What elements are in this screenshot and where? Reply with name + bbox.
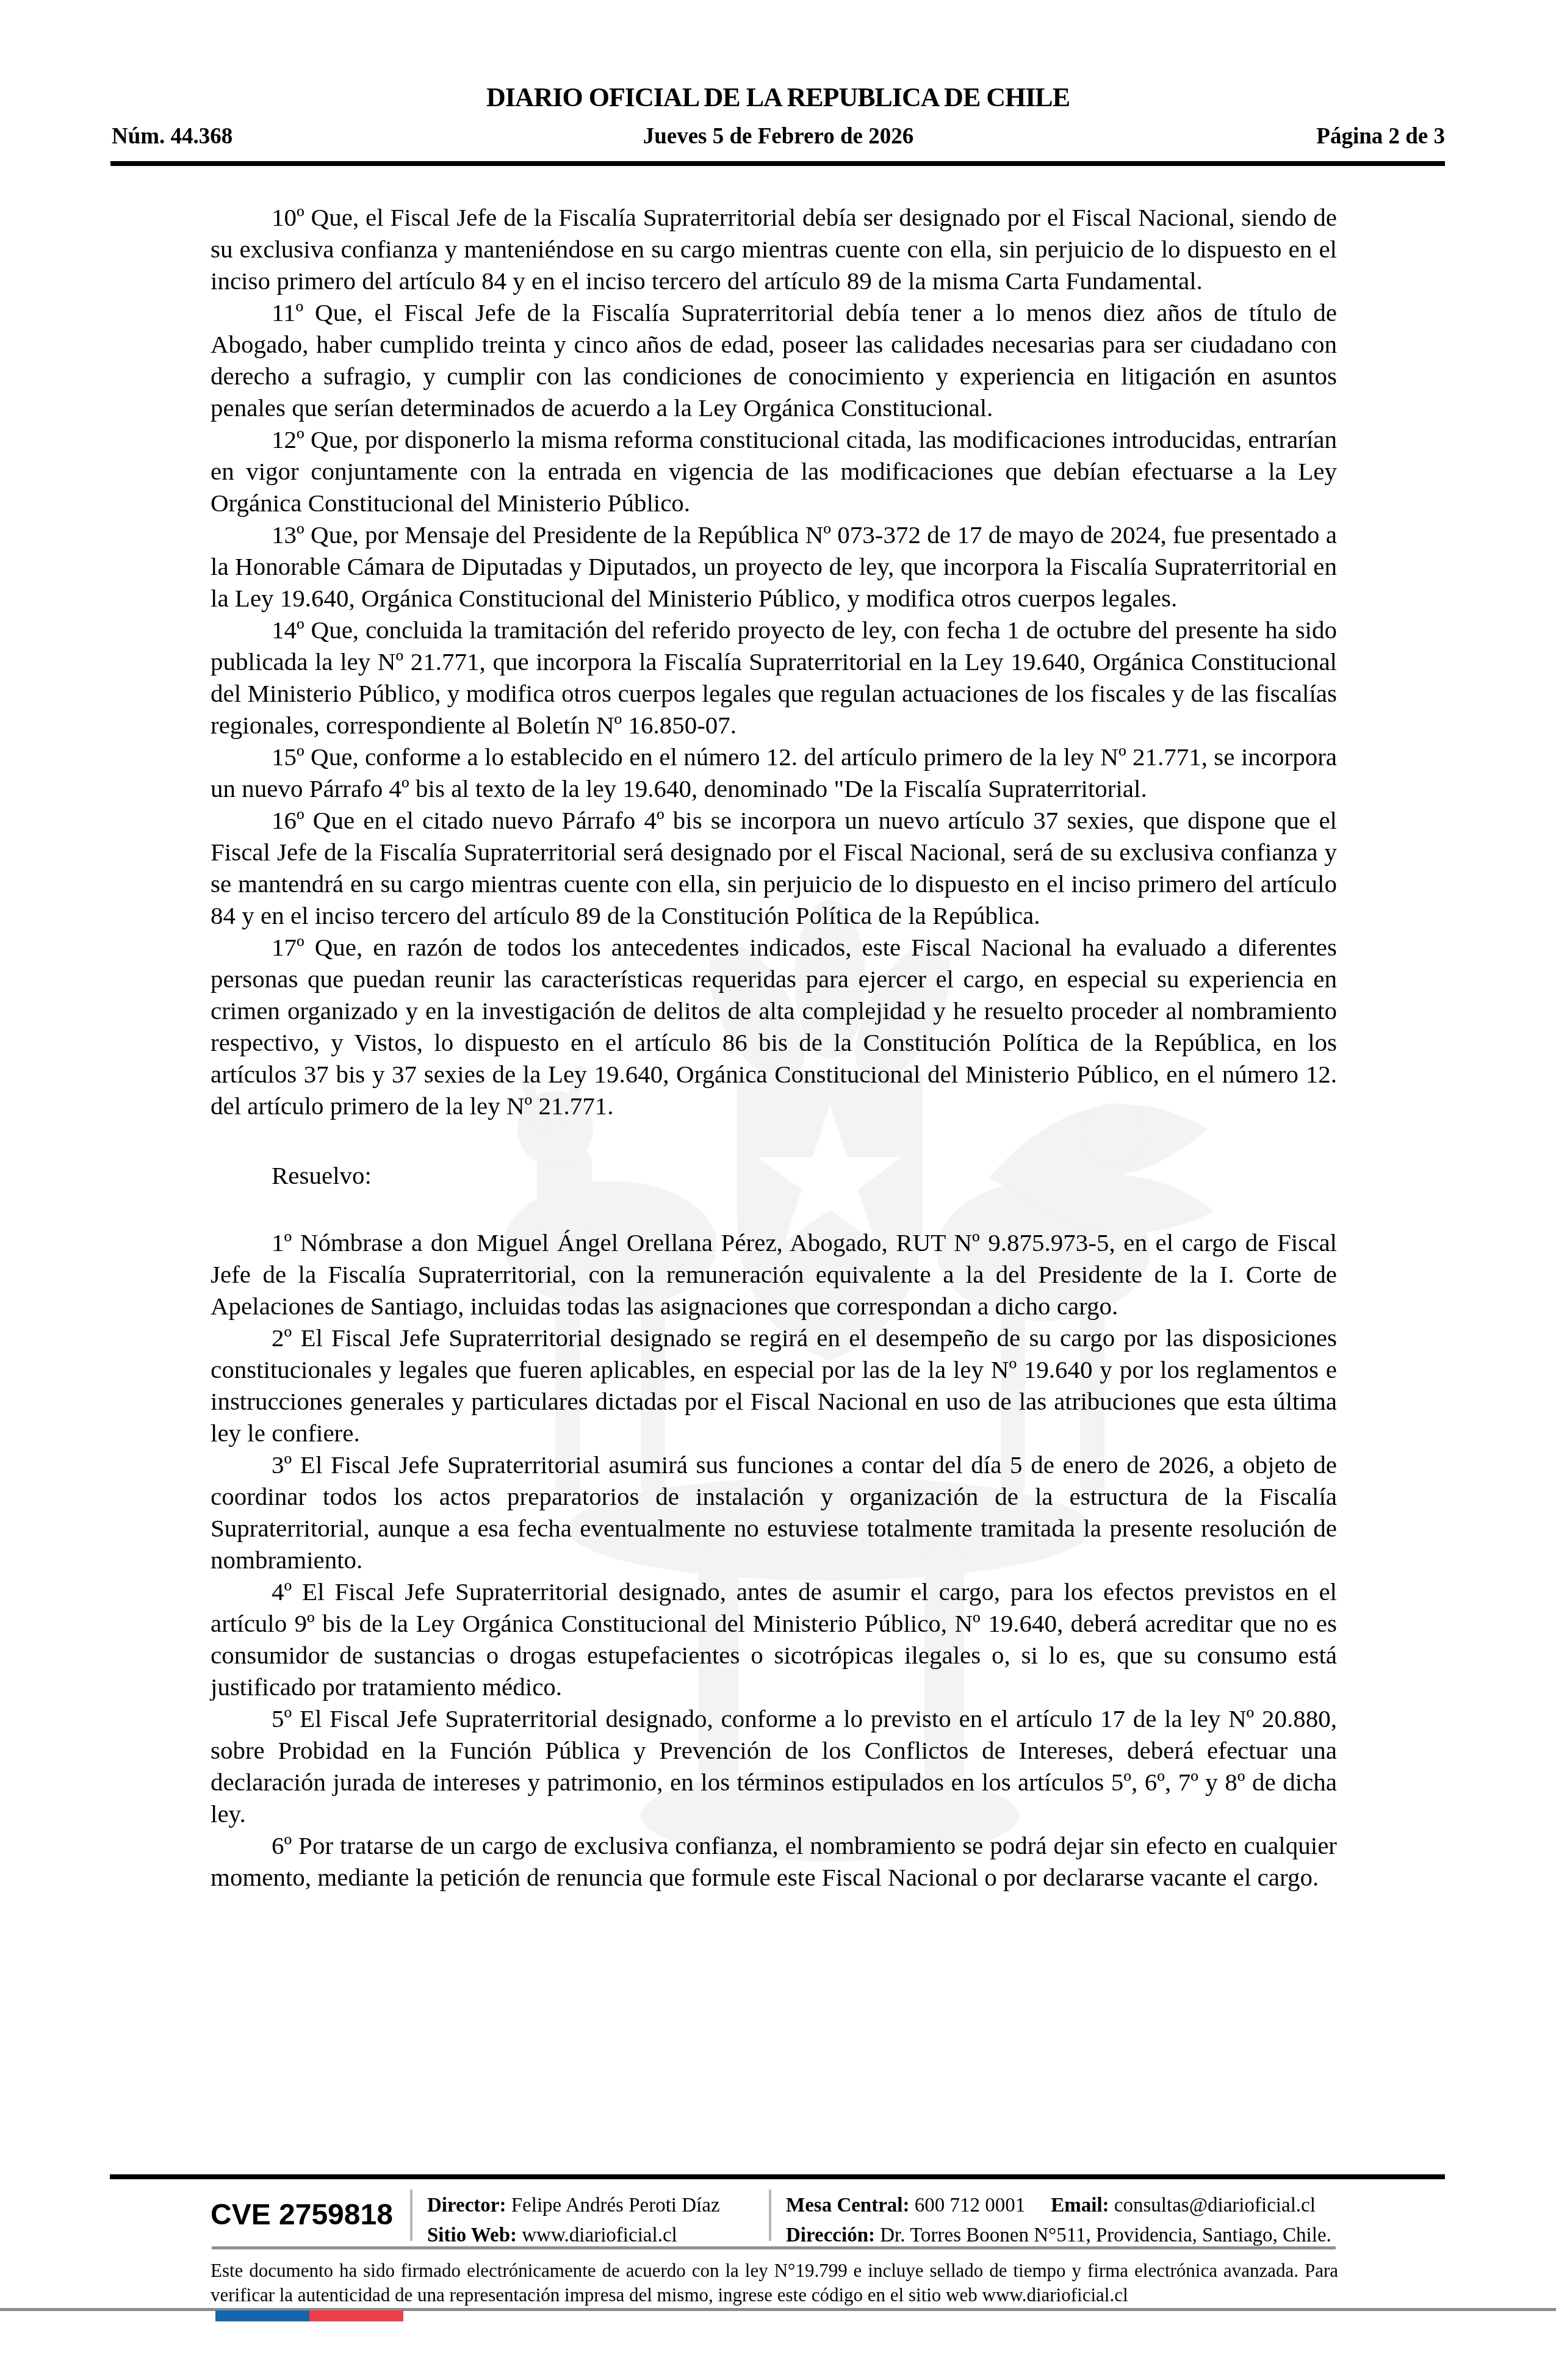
- resolucion-paragraph: 2º El Fiscal Jefe Supraterritorial desig…: [211, 1322, 1337, 1449]
- page-number: Página 2 de 3: [1316, 123, 1445, 150]
- footer-divider: [410, 2190, 412, 2241]
- considerando-paragraph: 17º Que, en razón de todos los anteceden…: [211, 931, 1337, 1122]
- address-value: Dr. Torres Boonen N°511, Providencia, Sa…: [880, 2224, 1331, 2246]
- phone-email-line: Mesa Central: 600 712 0001Email: consult…: [786, 2191, 1331, 2221]
- header-rule: [110, 161, 1445, 166]
- footer-contact-column: Mesa Central: 600 712 0001Email: consult…: [786, 2191, 1331, 2251]
- resoluciones-section: 1º Nómbrase a don Miguel Ángel Orellana …: [211, 1227, 1337, 1893]
- considerando-paragraph: 16º Que en el citado nuevo Párrafo 4º bi…: [211, 804, 1337, 931]
- phone-label: Mesa Central:: [786, 2194, 910, 2216]
- gazette-page: DIARIO OFICIAL DE LA REPUBLICA DE CHILE …: [0, 0, 1556, 2380]
- director-name: Felipe Andrés Peroti Díaz: [511, 2194, 720, 2216]
- flag-blue-segment: [215, 2310, 309, 2321]
- footer-divider: [769, 2190, 771, 2241]
- cve-code: CVE 2759818: [211, 2198, 393, 2232]
- resolucion-paragraph: 1º Nómbrase a don Miguel Ángel Orellana …: [211, 1227, 1337, 1322]
- considerandos-section: 10º Que, el Fiscal Jefe de la Fiscalía S…: [211, 201, 1337, 1122]
- document-body: 10º Que, el Fiscal Jefe de la Fiscalía S…: [211, 201, 1337, 1893]
- issue-date: Jueves 5 de Febrero de 2026: [112, 123, 1445, 150]
- masthead-row: Núm. 44.368 Jueves 5 de Febrero de 2026 …: [112, 123, 1445, 154]
- resolucion-paragraph: 4º El Fiscal Jefe Supraterritorial desig…: [211, 1576, 1337, 1703]
- resolucion-paragraph: 5º El Fiscal Jefe Supraterritorial desig…: [211, 1703, 1337, 1830]
- considerando-paragraph: 12º Que, por disponerlo la misma reforma…: [211, 424, 1337, 519]
- footer-director-column: Director: Felipe Andrés Peroti Díaz Siti…: [427, 2191, 720, 2251]
- signature-disclaimer: Este documento ha sido firmado electróni…: [211, 2259, 1338, 2307]
- website-label: Sitio Web:: [427, 2224, 517, 2246]
- resolucion-paragraph: 6º Por tratarse de un cargo de exclusiva…: [211, 1830, 1337, 1893]
- footer-rule: [110, 2174, 1445, 2179]
- considerando-paragraph: 15º Que, conforme a lo establecido en el…: [211, 741, 1337, 804]
- considerando-paragraph: 11º Que, el Fiscal Jefe de la Fiscalía S…: [211, 297, 1337, 424]
- address-label: Dirección:: [786, 2224, 875, 2246]
- director-line: Director: Felipe Andrés Peroti Díaz: [427, 2191, 720, 2221]
- flag-red-segment: [309, 2310, 403, 2321]
- considerando-paragraph: 14º Que, concluida la tramitación del re…: [211, 614, 1337, 741]
- phone-number: 600 712 0001: [915, 2194, 1026, 2216]
- resolucion-paragraph: 3º El Fiscal Jefe Supraterritorial asumi…: [211, 1449, 1337, 1576]
- considerando-paragraph: 13º Que, por Mensaje del Presidente de l…: [211, 519, 1337, 614]
- email-label: Email:: [1051, 2194, 1109, 2216]
- email-address: consultas@diarioficial.cl: [1114, 2194, 1316, 2216]
- chile-flag-mark-icon: [215, 2310, 403, 2321]
- website-url: www.diarioficial.cl: [522, 2224, 677, 2246]
- footer-separator-rule: [212, 2246, 1336, 2249]
- director-label: Director:: [427, 2194, 506, 2216]
- considerando-paragraph: 10º Que, el Fiscal Jefe de la Fiscalía S…: [211, 201, 1337, 297]
- gazette-title: DIARIO OFICIAL DE LA REPUBLICA DE CHILE: [0, 82, 1556, 113]
- resuelvo-heading: Resuelvo:: [211, 1159, 1337, 1191]
